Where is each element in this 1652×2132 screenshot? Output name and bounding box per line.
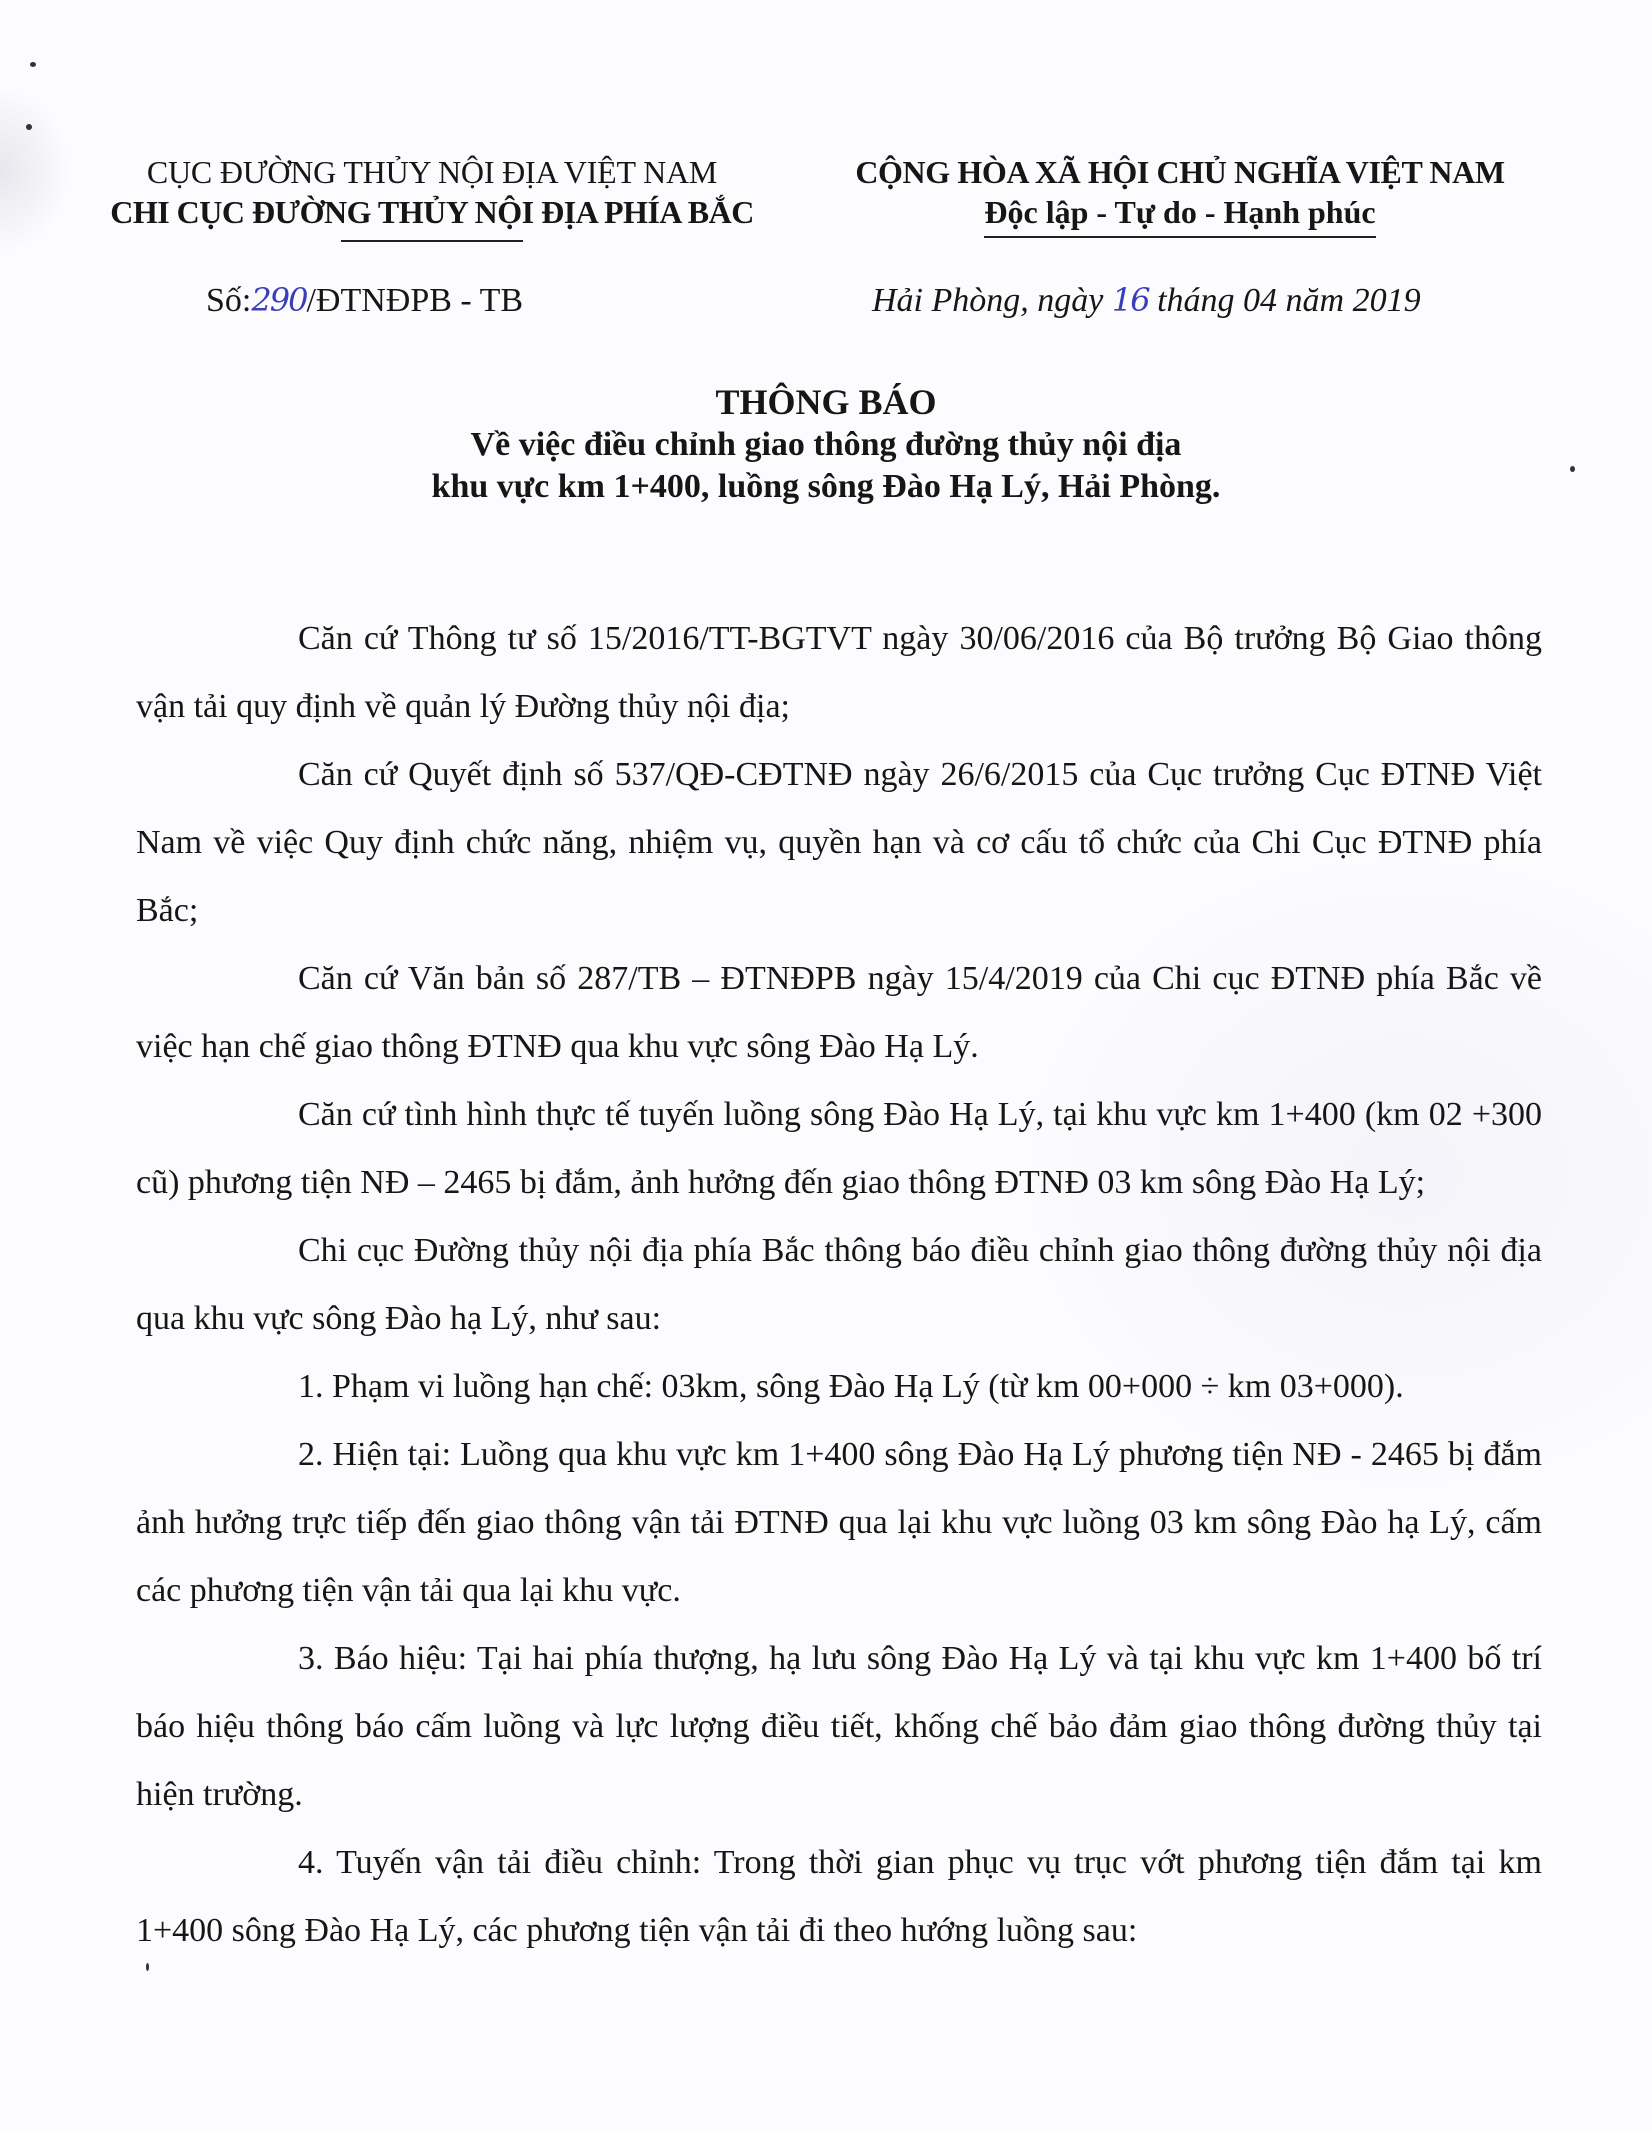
document-number-suffix: /ĐTNĐPB - TB <box>306 282 523 319</box>
title-subject-line-1: Về việc điều chỉnh giao thông đường thủy… <box>0 424 1652 466</box>
paragraph-legal-basis-3: Căn cứ Văn bản số 287/TB – ĐTNĐPB ngày 1… <box>136 945 1542 1081</box>
paragraph-situation: Căn cứ tình hình thực tế tuyến luồng sôn… <box>136 1081 1542 1217</box>
issuing-agency-block: CỤC ĐƯỜNG THỦY NỘI ĐỊA VIỆT NAM CHI CỤC … <box>72 152 792 242</box>
item-adjusted-route: 4. Tuyến vận tải điều chỉnh: Trong thời … <box>136 1829 1542 1965</box>
paragraph-announcement: Chi cục Đường thủy nội địa phía Bắc thôn… <box>136 1217 1542 1353</box>
document-title: THÔNG BÁO Về việc điều chỉnh giao thông … <box>0 380 1652 508</box>
agency-divider <box>341 240 523 242</box>
title-subject-line-2: khu vực km 1+400, luồng sông Đào Hạ Lý, … <box>0 466 1652 508</box>
issuing-agency-name: CHI CỤC ĐƯỜNG THỦY NỘI ĐỊA PHÍA BẮC <box>72 192 792 232</box>
document-date: Hải Phòng, ngày 16 tháng 04 năm 2019 <box>872 278 1421 323</box>
item-signals: 3. Báo hiệu: Tại hai phía thượng, hạ lưu… <box>136 1625 1542 1829</box>
item-restricted-scope: 1. Phạm vi luồng hạn chế: 03km, sông Đào… <box>136 1353 1542 1421</box>
paragraph-legal-basis-2: Căn cứ Quyết định số 537/QĐ-CĐTNĐ ngày 2… <box>136 741 1542 945</box>
nation-name: CỘNG HÒA XÃ HỘI CHỦ NGHĨA VIỆT NAM <box>820 152 1540 192</box>
document-number: Số:290/ĐTNĐPB - TB <box>206 278 523 323</box>
document-date-prefix: Hải Phòng, ngày <box>872 282 1112 319</box>
national-motto: Độc lập - Tự do - Hạnh phúc <box>984 192 1375 238</box>
scan-mark <box>26 124 32 130</box>
document-body: Căn cứ Thông tư số 15/2016/TT-BGTVT ngày… <box>136 605 1542 1965</box>
title-heading: THÔNG BÁO <box>0 380 1652 424</box>
scan-mark <box>30 62 36 67</box>
document-date-suffix: tháng 04 năm 2019 <box>1149 282 1421 319</box>
parent-agency-name: CỤC ĐƯỜNG THỦY NỘI ĐỊA VIỆT NAM <box>72 152 792 192</box>
item-current-status: 2. Hiện tại: Luồng qua khu vực km 1+400 … <box>136 1421 1542 1625</box>
handwritten-day: 16 <box>1112 281 1149 319</box>
national-header-block: CỘNG HÒA XÃ HỘI CHỦ NGHĨA VIỆT NAM Độc l… <box>820 152 1540 238</box>
handwritten-number: 290 <box>251 281 306 319</box>
document-number-prefix: Số: <box>206 282 251 319</box>
paragraph-legal-basis-1: Căn cứ Thông tư số 15/2016/TT-BGTVT ngày… <box>136 605 1542 741</box>
